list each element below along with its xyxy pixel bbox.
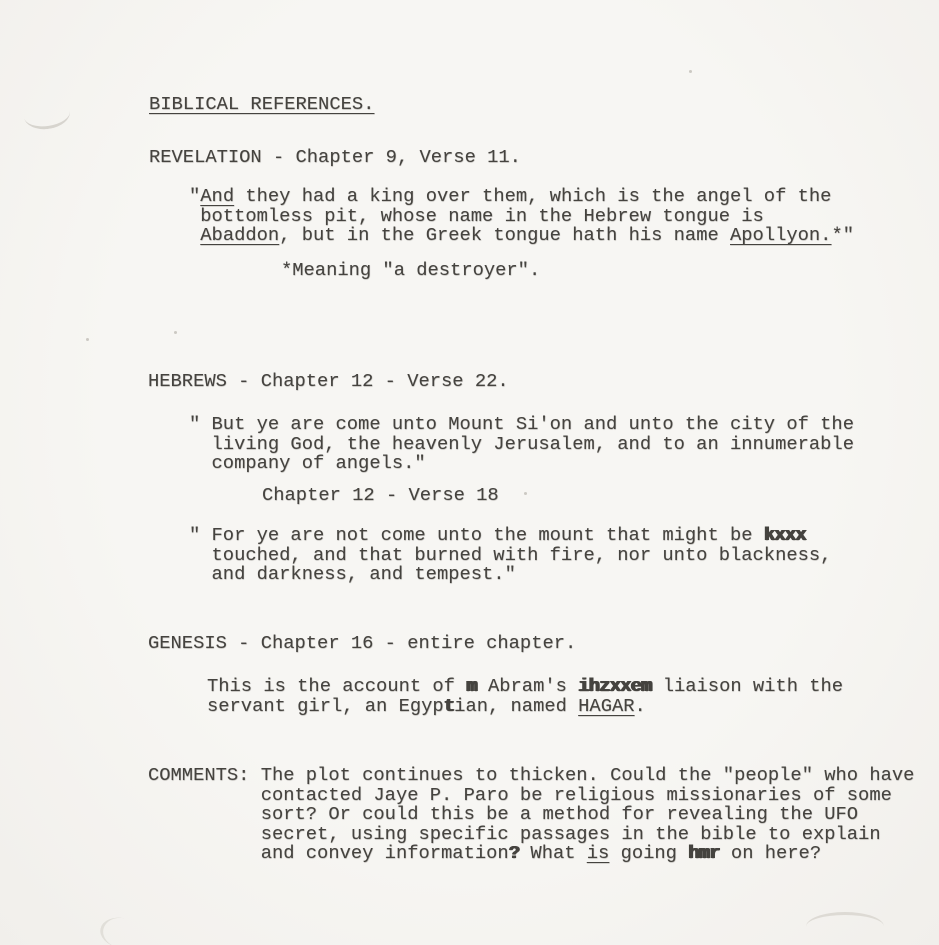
scan-speck: [174, 331, 177, 334]
text-segment: .: [635, 695, 646, 717]
text-segment: liaison with the: [651, 675, 843, 697]
text-segment: Chapter 12 - Verse 18: [262, 484, 499, 506]
text-line: servant girl, an Egyptian, named HAGAR.: [207, 697, 843, 717]
genesis-summary: This is the account of m Abram's ihzxxem…: [207, 677, 843, 716]
revelation-section-heading: REVELATION - Chapter 9, Verse 11.: [149, 148, 521, 168]
text-line: and convey information? What is going hm…: [148, 844, 914, 864]
underlined-text: Apollyon.: [730, 224, 831, 246]
text-segment: and darkness, and tempest.": [189, 563, 516, 585]
text-segment: going: [609, 842, 688, 864]
document-title: BIBLICAL REFERENCES.: [149, 95, 374, 115]
hebrews-quote-verse-18: " For ye are not come unto the mount tha…: [189, 526, 831, 585]
meaning-footnote: *Meaning "a destroyer".: [281, 261, 540, 281]
text-line: REVELATION - Chapter 9, Verse 11.: [149, 148, 521, 168]
text-line: company of angels.": [189, 454, 854, 474]
text-line: *Meaning "a destroyer".: [281, 261, 540, 281]
document-page: BIBLICAL REFERENCES. REVELATION - Chapte…: [0, 0, 939, 945]
overstruck-text: t: [444, 695, 454, 717]
underlined-text: is: [587, 842, 610, 864]
text-segment: *Meaning "a destroyer".: [281, 259, 540, 281]
overstruck-text: ?: [509, 842, 519, 864]
text-segment: company of angels.": [189, 452, 426, 474]
text-segment: servant girl, an Egyp: [207, 695, 444, 717]
hebrews-quote-verse-22: " But ye are come unto Mount Si'on and u…: [189, 415, 854, 474]
revelation-quote: "And they had a king over them, which is…: [189, 187, 854, 246]
text-segment: and convey information: [148, 842, 509, 864]
text-segment: on here?: [720, 842, 821, 864]
underlined-text: Abaddon: [200, 224, 279, 246]
scan-speck: [86, 338, 89, 341]
underlined-text: BIBLICAL REFERENCES.: [149, 93, 374, 115]
scan-speck: [524, 492, 527, 495]
text-segment: ian, named: [454, 695, 578, 717]
text-segment: *": [831, 224, 854, 246]
text-segment: What: [519, 842, 587, 864]
scan-smudge: [97, 914, 145, 945]
text-segment: HEBREWS - Chapter 12 - Verse 22.: [148, 370, 509, 392]
genesis-section-heading: GENESIS - Chapter 16 - entire chapter.: [148, 634, 576, 654]
text-segment: [189, 224, 200, 246]
text-segment: , but in the Greek tongue hath his name: [279, 224, 730, 246]
overstruck-text: hmr: [688, 842, 719, 864]
text-line: and darkness, and tempest.": [189, 565, 831, 585]
underlined-text: HAGAR: [578, 695, 634, 717]
comments-paragraph: COMMENTS: The plot continues to thicken.…: [148, 766, 914, 864]
hebrews-section-heading: HEBREWS - Chapter 12 - Verse 22.: [148, 372, 509, 392]
text-segment: GENESIS - Chapter 16 - entire chapter.: [148, 632, 576, 654]
scan-smudge: [806, 912, 884, 941]
text-line: HEBREWS - Chapter 12 - Verse 22.: [148, 372, 509, 392]
scan-speck: [689, 70, 692, 73]
scan-smudge: [22, 97, 72, 132]
text-line: GENESIS - Chapter 16 - entire chapter.: [148, 634, 576, 654]
hebrews-subheading-verse-18: Chapter 12 - Verse 18: [262, 486, 499, 506]
text-line: Chapter 12 - Verse 18: [262, 486, 499, 506]
text-line: Abaddon, but in the Greek tongue hath hi…: [189, 226, 854, 246]
text-segment: REVELATION - Chapter 9, Verse 11.: [149, 146, 521, 168]
text-line: BIBLICAL REFERENCES.: [149, 95, 374, 115]
